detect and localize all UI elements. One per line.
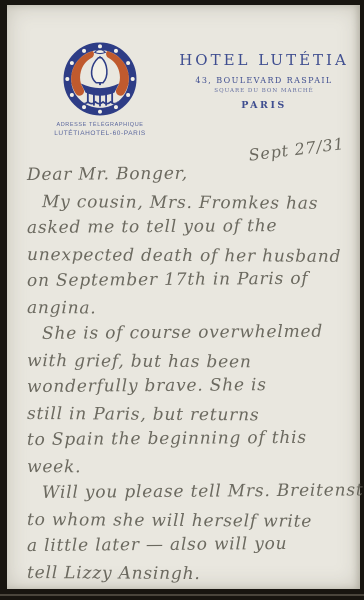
handwritten-line: a little later — also will you — [27, 530, 358, 559]
handwritten-line: wonderfully brave. She is — [27, 371, 358, 400]
handwritten-line: Dear Mr. Bonger, — [27, 159, 358, 188]
scanned-letter: ADRESSE TÉLÉGRAPHIQUE LUTÉTIAHOTEL-60-PA… — [0, 0, 364, 600]
telegraph-address-line1: ADRESSE TÉLÉGRAPHIQUE — [41, 122, 159, 128]
hotel-address-note: SQUARE DU BON MARCHÉ — [179, 88, 349, 94]
letter-paper: ADRESSE TÉLÉGRAPHIQUE LUTÉTIAHOTEL-60-PA… — [7, 5, 360, 589]
handwritten-line: tell Lizzy Ansingh. — [27, 560, 358, 589]
hotel-name: HOTEL LUTÉTIA — [179, 51, 349, 69]
handwritten-line: asked me to tell you of the — [27, 212, 358, 241]
telegraph-address-line2: LUTÉTIAHOTEL-60-PARIS — [41, 130, 159, 137]
letterhead: ADRESSE TÉLÉGRAPHIQUE LUTÉTIAHOTEL-60-PA… — [7, 5, 360, 145]
handwritten-line: She is of course overwhelmed — [27, 318, 358, 347]
handwritten-line: on September 17th in Paris of — [27, 265, 358, 294]
letterhead-text: HOTEL LUTÉTIA 43, BOULEVARD RASPAIL SQUA… — [179, 51, 349, 111]
handwritten-line: Will you please tell Mrs. Breitenstein — [27, 477, 358, 506]
handwritten-line: to Spain the beginning of this — [27, 424, 358, 453]
scan-edge-line — [0, 594, 364, 596]
hotel-address: 43, BOULEVARD RASPAIL — [179, 76, 349, 85]
telegraph-address: ADRESSE TÉLÉGRAPHIQUE LUTÉTIAHOTEL-60-PA… — [41, 122, 159, 137]
hotel-city: PARIS — [179, 100, 349, 111]
hotel-emblem-block: ADRESSE TÉLÉGRAPHIQUE LUTÉTIAHOTEL-60-PA… — [41, 41, 159, 137]
ship-emblem-icon — [62, 41, 138, 117]
letter-body: Dear Mr. Bonger,My cousin, Mrs. Fromkes … — [27, 162, 358, 586]
